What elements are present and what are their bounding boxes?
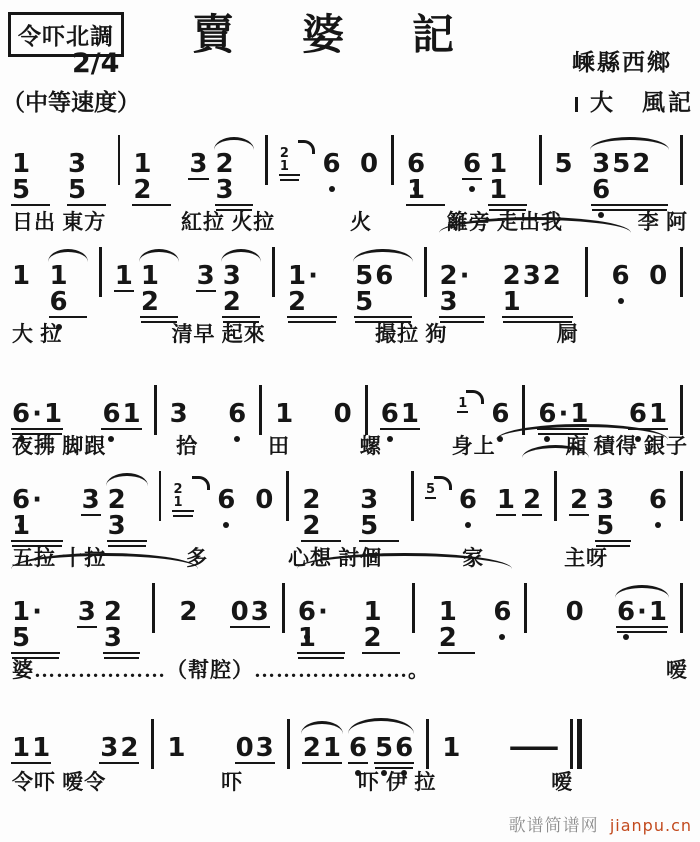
barline — [118, 135, 121, 185]
note-digit: 2 — [439, 625, 457, 651]
barline — [265, 135, 268, 185]
note-digit: 6 — [322, 151, 340, 177]
note-digit: 1 — [442, 735, 460, 761]
note-group: 1·2 — [287, 263, 337, 315]
note-digit: 2 — [543, 263, 561, 289]
slur-arc-icon — [522, 445, 589, 458]
note-digit: · — [318, 599, 328, 625]
note-group: 5 — [554, 151, 574, 177]
note-digit: 0 — [255, 487, 273, 513]
barline — [259, 385, 262, 435]
note-digit: 6 — [493, 599, 511, 625]
note-group: 2·3 — [439, 263, 485, 315]
barline — [539, 135, 542, 185]
note-group: 21 — [302, 735, 342, 761]
note-group: 61 — [406, 151, 445, 203]
note-group: 12 — [362, 599, 399, 651]
note-digit: · — [32, 487, 42, 513]
music-system-2: 1161123321·25652·3232160大 拉清早 起來撮拉 狗屙 — [0, 238, 700, 350]
watermark: 歌谱简谱网 jianpu.cn — [509, 811, 692, 836]
note-digit: 3 — [104, 625, 122, 651]
note-digit: 3 — [440, 289, 458, 315]
note-digit: 1 — [115, 263, 133, 289]
note-digit: 2 — [440, 263, 458, 289]
lyrics-row: 大 拉清早 起來撮拉 狗屙 — [4, 315, 696, 350]
slur-arc-icon — [439, 217, 631, 233]
note-digit: 6 — [102, 401, 120, 427]
note-digit: 6 — [349, 735, 367, 761]
lyric-text: 嗳 — [551, 766, 573, 798]
slur-group: 2·323216 — [436, 217, 634, 315]
note-group: 1 — [166, 735, 186, 761]
note-digit: 3 — [82, 487, 100, 513]
note-digit: 2 — [503, 263, 521, 289]
note-digit: 2 — [302, 513, 320, 539]
final-barline-thick — [577, 719, 582, 769]
barline — [680, 135, 683, 185]
slur-arc-icon — [11, 553, 198, 569]
barline — [424, 247, 427, 297]
note-digit: 1 — [401, 401, 419, 427]
note-digit: · — [308, 263, 318, 289]
note-digit: 3 — [170, 401, 188, 427]
note-group: 0 — [359, 151, 379, 177]
note-digit: 1 — [363, 599, 381, 625]
note-digit: 1 — [32, 735, 50, 761]
watermark-site-link[interactable]: jianpu.cn — [610, 816, 692, 835]
grace-tie-icon — [434, 476, 452, 490]
slur-group: 122356 — [493, 424, 671, 539]
note-digit: 3 — [596, 487, 614, 513]
note-group: 35 — [359, 487, 399, 539]
slur-inner: 2·323216 — [436, 234, 634, 315]
note-group: 6 — [462, 151, 482, 177]
lyric-text: 令吓 嗳令 — [12, 766, 106, 798]
note-digit: 2 — [363, 625, 381, 651]
note-digit: 1 — [133, 151, 151, 177]
note-digit: 6 — [463, 151, 481, 177]
notes-row: 1132103216561— — [4, 682, 696, 763]
note-group: 6·1 — [297, 599, 345, 651]
note-digit: 3 — [197, 263, 215, 289]
note-group: 0 — [648, 263, 668, 289]
note-digit: 1 — [12, 599, 30, 625]
note-digit: 5 — [12, 625, 30, 651]
note-digit: 1 — [489, 151, 507, 177]
note-digit: 6 — [612, 263, 630, 289]
slur-group: 656 — [345, 718, 417, 761]
note-digit: 6 — [407, 151, 425, 177]
note-group: 35 — [67, 151, 106, 203]
notes-row: 1161123321·25652·3232160 — [4, 193, 696, 315]
note-group: 6 — [348, 735, 368, 761]
note-digit: 3 — [216, 177, 234, 203]
note-digit: 5 — [612, 151, 630, 177]
note-digit: 1 — [439, 599, 457, 625]
note-digit: 3 — [360, 487, 378, 513]
barline — [154, 385, 157, 435]
note-digit: 6 — [617, 599, 635, 625]
final-barline — [570, 719, 582, 769]
slur-arc-icon — [496, 424, 668, 440]
note-group: 2 — [522, 487, 542, 513]
note-digit: 1 — [44, 401, 62, 427]
note-digit: · — [32, 401, 42, 427]
note-group: 23 — [215, 151, 254, 203]
note-digit: 5 — [360, 513, 378, 539]
note-digit: 1 — [173, 496, 182, 509]
note-digit: 5 — [375, 735, 393, 761]
slur-group: 22 — [519, 441, 592, 513]
note-digit: 6 — [217, 487, 235, 513]
barline — [159, 471, 162, 521]
note-digit: 2 — [288, 289, 306, 315]
lyric-text: 吓 伊 拉 — [358, 766, 437, 798]
barline — [524, 583, 527, 633]
note-group: 1 — [274, 401, 294, 427]
note-group: 2 — [178, 599, 198, 625]
note-digit: 3 — [108, 513, 126, 539]
barline — [554, 471, 557, 521]
note-digit: 3 — [189, 151, 207, 177]
note-digit: 1 — [12, 735, 30, 761]
note-group: 56 — [374, 735, 414, 761]
note-digit: 6 — [228, 401, 246, 427]
note-digit: 0 — [236, 735, 254, 761]
music-score: 15351232321606161153526日出 東方紅拉 火拉火籬旁 走出我… — [0, 126, 700, 798]
note-digit: 6 — [592, 177, 610, 203]
note-digit: 1 — [12, 263, 30, 289]
score-page: 令吓北調 賣婆記 2/4 嵊縣西鄉 （中等速度） 大 風記 1535123232… — [0, 0, 700, 842]
note-digit: 2 — [523, 487, 541, 513]
note-digit: 2 — [133, 177, 151, 203]
note-group: 11 — [11, 735, 51, 761]
note-digit: 1 — [12, 151, 30, 177]
music-system-5: 1·53232036·11212606·1婆………………（幇腔）…………………。… — [0, 574, 700, 686]
note-digit: 5 — [596, 513, 614, 539]
note-digit: 1 — [503, 289, 521, 315]
slur-inner: 22 — [519, 458, 592, 513]
note-digit: 3 — [256, 735, 274, 761]
barline — [287, 719, 290, 769]
note-group: 0 — [254, 487, 274, 513]
note-group: 1 — [441, 735, 461, 761]
note-digit: 6 — [50, 289, 68, 315]
note-digit: 1 — [649, 599, 667, 625]
note-group: 12 — [140, 263, 178, 315]
note-digit: 6 — [12, 401, 30, 427]
note-digit: 2 — [223, 289, 241, 315]
note-group: 1 — [11, 263, 31, 289]
note-group: 3 — [188, 151, 208, 177]
note-digit: 2 — [120, 735, 138, 761]
slur-arc-icon — [348, 718, 414, 734]
note-digit: 6 — [381, 401, 399, 427]
note-digit: 1 — [12, 513, 30, 539]
note-group: 6·1 — [11, 487, 63, 539]
note-group: 6·1 — [11, 401, 63, 427]
note-digit: 6 — [649, 487, 667, 513]
note-digit: 2 — [104, 599, 122, 625]
note-group: 61 — [101, 401, 141, 427]
barline — [680, 385, 683, 435]
note-group: 12 — [132, 151, 171, 203]
note-digit: 6 — [395, 735, 413, 761]
barline — [282, 583, 285, 633]
note-group: 6 — [611, 263, 631, 289]
note-digit: 3 — [251, 599, 269, 625]
note-group: 2321 — [502, 263, 574, 315]
note-digit: 2 — [108, 487, 126, 513]
slur-group: 1·53232 — [8, 553, 201, 651]
region-label: 嵊縣西鄉 — [572, 44, 672, 77]
note-digit: 1 — [407, 177, 425, 203]
grace-tie-icon — [466, 390, 484, 404]
note-group: 11 — [488, 151, 527, 203]
note-digit: 0 — [334, 401, 352, 427]
note-digit: 6 — [375, 263, 393, 289]
note-digit: · — [637, 599, 647, 625]
note-digit: 5 — [68, 177, 86, 203]
note-group: 6 — [458, 487, 478, 513]
note-digit: 5 — [12, 177, 30, 203]
note-digit: · — [32, 599, 42, 625]
note-group: 3 — [81, 487, 101, 513]
note-digit: 5 — [355, 263, 373, 289]
note-digit: 2 — [141, 289, 159, 315]
note-group: 6 — [216, 487, 236, 513]
note-digit: 2 — [216, 151, 234, 177]
note-group: 565 — [354, 263, 412, 315]
note-digit: 1 — [323, 735, 341, 761]
note-group: 2 — [569, 487, 589, 513]
note-digit: 3 — [68, 151, 86, 177]
barline — [426, 719, 429, 769]
note-digit: 0 — [566, 599, 584, 625]
barline — [680, 471, 683, 521]
note-digit: 3 — [78, 599, 96, 625]
slur-inner: 656 — [345, 735, 417, 761]
note-digit: 2 — [570, 487, 588, 513]
note-digit: 3 — [592, 151, 610, 177]
final-barline-thin — [570, 719, 573, 769]
note-digit: 3 — [223, 263, 241, 289]
note-digit: 2 — [179, 599, 197, 625]
note-group: 23 — [103, 599, 140, 651]
barline — [391, 135, 394, 185]
score-title: 賣婆記 — [192, 2, 522, 62]
note-group: 15 — [11, 151, 50, 203]
note-digit: 1 — [489, 177, 507, 203]
barline — [680, 583, 683, 633]
note-group: 03 — [235, 735, 275, 761]
note-digit: 1 — [167, 735, 185, 761]
note-group: 22 — [301, 487, 341, 539]
note-digit: 2 — [302, 487, 320, 513]
note-group: 3526 — [591, 151, 668, 203]
note-digit: 1 — [497, 487, 515, 513]
notes-row: 1·53232036·11212606·1 — [4, 529, 696, 651]
note-group: 0 — [333, 401, 353, 427]
note-group: 0 — [565, 599, 585, 625]
note-digit: 0 — [231, 599, 249, 625]
slur-arc-icon — [297, 553, 513, 569]
note-digit: 6 — [459, 487, 477, 513]
note-digit: 0 — [360, 151, 378, 177]
time-signature: 2/4 — [72, 48, 119, 79]
note-digit: 1 — [275, 401, 293, 427]
lyrics-row: 令吓 嗳令吓吓 伊 拉嗳 — [4, 763, 696, 798]
lyric-text: 吓 — [221, 766, 243, 798]
note-group: 6 — [648, 487, 668, 513]
note-digit: 1 — [123, 401, 141, 427]
note-group: 32 — [222, 263, 260, 315]
note-group: 16 — [49, 263, 87, 315]
music-system-6: 1132103216561—令吓 嗳令吓吓 伊 拉嗳 — [0, 686, 700, 798]
barline — [365, 385, 368, 435]
barline — [152, 583, 155, 633]
note-digit: 0 — [649, 263, 667, 289]
note-digit: 6 — [12, 487, 30, 513]
tune-name-label: 令吓北調 — [18, 24, 114, 49]
note-group: 6 — [492, 599, 512, 625]
note-group: 3 — [169, 401, 189, 427]
note-group: 1·5 — [11, 599, 60, 651]
note-group: 32 — [99, 735, 139, 761]
grace-tie-icon — [192, 476, 210, 490]
note-digit: 2 — [632, 151, 650, 177]
note-group: 6 — [321, 151, 341, 177]
note-digit: 1 — [288, 263, 306, 289]
slur-group: 6·112126 — [294, 553, 516, 651]
note-group: 35 — [595, 487, 631, 539]
note-digit: 2 — [303, 735, 321, 761]
barline — [585, 247, 588, 297]
note-group: 6·1 — [616, 599, 668, 625]
note-group: 1 — [114, 263, 134, 289]
note-digit: 5 — [555, 151, 573, 177]
note-digit: 1 — [141, 263, 159, 289]
note-digit: 6 — [298, 599, 316, 625]
note-digit: 3 — [523, 263, 541, 289]
barline — [680, 247, 683, 297]
barline — [412, 583, 415, 633]
note-group: 03 — [230, 599, 270, 625]
note-group: 6 — [227, 401, 247, 427]
note-digit: 1 — [280, 160, 289, 173]
slur-inner: 1·53232 — [8, 570, 201, 651]
note-group: 3 — [196, 263, 216, 289]
barline — [286, 471, 289, 521]
lyric-text: 大 拉 — [12, 318, 62, 350]
note-digit: 5 — [355, 289, 373, 315]
note-group: 1 — [496, 487, 516, 513]
grace-tie-icon — [298, 140, 315, 154]
grace-note-group: 21 — [279, 147, 300, 173]
note-group: 12 — [438, 599, 475, 651]
watermark-site-name: 歌谱简谱网 — [509, 816, 599, 835]
grace-note-group: 21 — [172, 483, 194, 509]
barline — [99, 247, 102, 297]
note-group: 3 — [77, 599, 97, 625]
barline — [272, 247, 275, 297]
note-digit: 1 — [298, 625, 316, 651]
duration-dash: — — [508, 730, 561, 763]
slur-inner: 6·112126 — [294, 570, 516, 651]
note-digit: · — [460, 263, 470, 289]
slur-inner: 122356 — [493, 441, 671, 539]
note-group: 23 — [107, 487, 147, 539]
note-digit: 1 — [50, 263, 68, 289]
note-digit: 3 — [100, 735, 118, 761]
note-group: 61 — [380, 401, 420, 427]
barline — [151, 719, 154, 769]
barline — [411, 471, 414, 521]
notes-row: 15351232321606161153526 — [4, 98, 696, 203]
